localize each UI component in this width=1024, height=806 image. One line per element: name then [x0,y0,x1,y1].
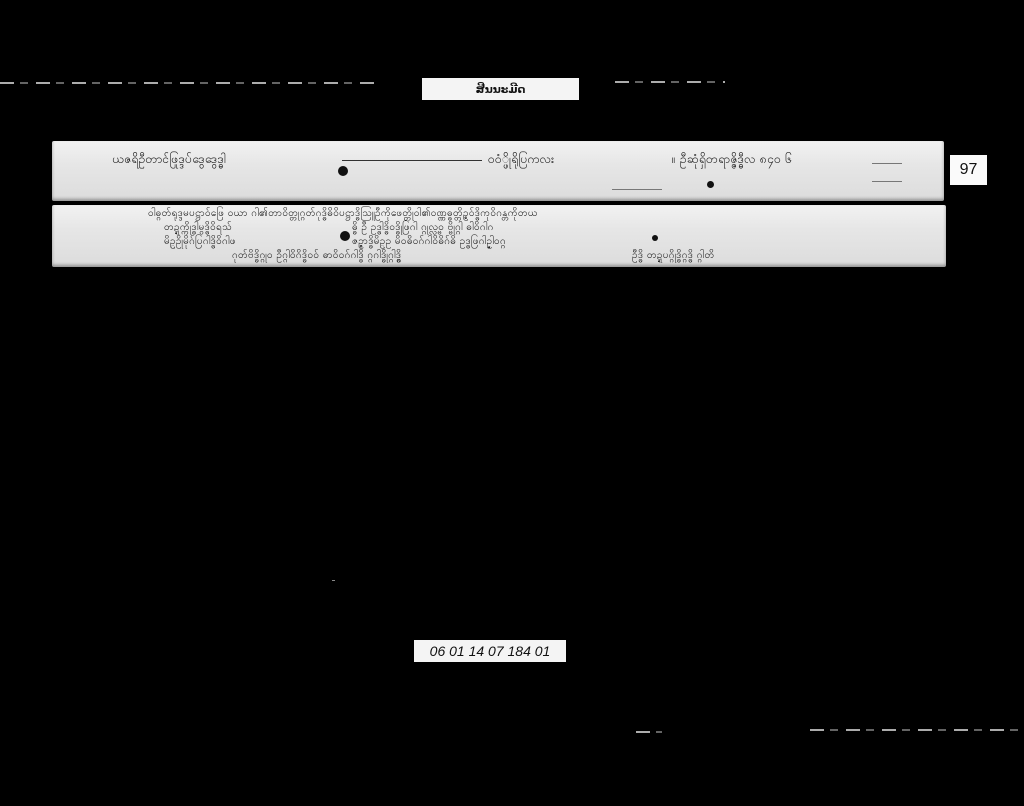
page-number-tag: 97 [950,155,987,185]
leaf-2-line-3: မိဥ္ဥိုမိုဂ်ပြဂါဒ္ဓိဝိဂါဖ [164,237,236,247]
leaf-1-text-a: ယဇရိဦတာင်ဖြုဒ္ဒပ်ဒွေဒွေဒ္ဓါ [112,153,226,165]
scan-artifact-line [615,81,725,83]
leaf-1-text-b: ဝဝံ္ဖိုရိုပြဂာလး [488,153,554,165]
page-number-text: 97 [960,161,978,179]
palm-leaf-2: ဝါဓ္ဂတ်ရုဒ္ဒမပဋ္ဌာဝ်ဖြေ ဝယာ ဂါ၏တာ၀ိတ္တုဂ… [52,205,946,267]
leaf-1-scratch [872,181,902,182]
scan-artifact-line [810,729,1024,731]
reference-code-text: 06 01 14 07 184 01 [430,643,551,659]
collection-title-text: ສີນນະມີດ [476,83,526,96]
leaf-1-scratch [872,163,902,164]
leaf-2-line-2: တဍ္ဍက္ကိုဒ္ဓါမွဒ္ဓိဝိရသ် [164,223,232,233]
scan-artifact-line [0,82,380,84]
leaf-2-line-3b: ဇဥ္ဇာဒ္ဓိမိဥ္ဥ မိဝဓိဝဂ်ဂါဝိဓိဂ်ဓိ ဥဒ္ဓဖြ… [352,237,506,247]
collection-title-label: ສີນນະມີດ [422,78,579,100]
binding-hole [652,235,658,241]
leaf-1-scratch [612,189,662,190]
leaf-1-divider [342,160,482,161]
scan-speck [332,580,335,581]
leaf-2-line-4b: ဦဒ္ဓိ တဍ္ဍပဂ္ဂိုဒ္ဓိဂ္ဂဒ္ဓိ ဂ္ဂါတိ [632,251,714,261]
binding-hole [338,166,348,176]
leaf-1-text-c: ။ ဦဆုံရှိတရာဇ္ဇိဒ္ဓီလ ၈၄၀ ၆ [672,153,792,165]
binding-hole [340,231,350,241]
binding-hole [707,181,714,188]
leaf-2-line-4: ဂုတ်ဗိဒ္ဓိဂ္ဂုဝ ဦဂ္ဂါဝိဂိဒ္ဓိဝဝ် ဓာဝိဝဂ်… [232,251,401,261]
scan-artifact-line [636,731,662,733]
palm-leaf-1: ယဇရိဦတာင်ဖြုဒ္ဒပ်ဒွေဒွေဒ္ဓါ ဝဝံ္ဖိုရိုပြ… [52,141,944,201]
leaf-2-line-2b: ဓ္ဓိ ဦ ဥဒ္ဓါဒ္ဓိဝဒ္ဓိုဖြဂါ ဂ္ဂုလ္လ္ဗဝ ဗ္… [352,223,494,233]
leaf-2-line-1: ဝါဓ္ဂတ်ရုဒ္ဒမပဋ္ဌာဝ်ဖြေ ဝယာ ဂါ၏တာ၀ိတ္တုဂ… [148,209,538,219]
microfilm-reference-label: 06 01 14 07 184 01 [414,640,566,662]
